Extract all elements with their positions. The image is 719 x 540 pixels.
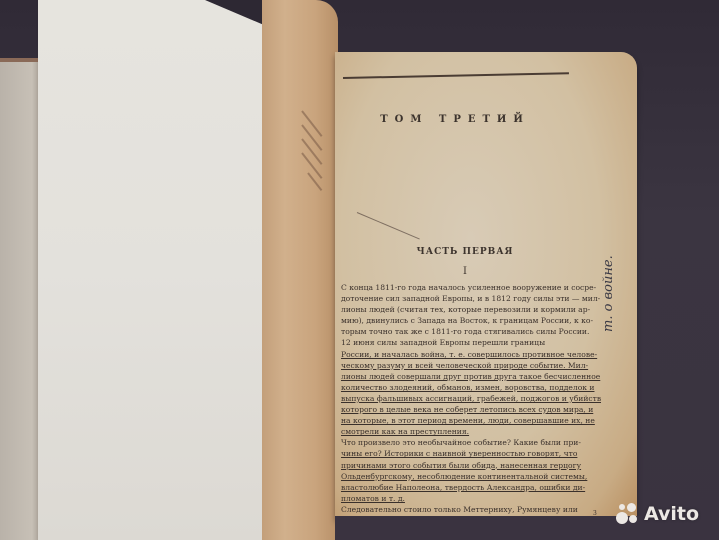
text-line: количество злодеяний, обманов, измен, во… [341,382,601,393]
avito-watermark: Avito [614,502,699,526]
blank-flyleaf [38,0,268,540]
pencil-scratch [357,212,420,239]
volume-title: ТОМ ТРЕТИЙ [335,114,575,125]
text-line: Что произвело это необычайное событие? К… [341,437,601,448]
text-line: Ольденбургскому, несоблюдение континента… [341,471,601,482]
endpaper-strip [262,0,338,540]
text-line: С конца 1811-го года началось усиленное … [341,282,601,293]
text-line: которого в целые века не соберет летопис… [341,404,601,415]
text-line: властолюбие Наполеона, твердость Алексан… [341,482,601,493]
text-line: доточение сил западной Европы, и в 1812 … [341,293,601,304]
top-rule [343,72,569,79]
text-line: выпуска фальшивых ассигнаций, грабежей, … [341,393,601,404]
text-line: ческому разуму и всей человеческой приро… [341,360,601,371]
text-line: лионы людей совершали друг против друга … [341,371,601,382]
chapter-number: I [335,266,595,277]
part-title: ЧАСТЬ ПЕРВАЯ [335,247,595,257]
body-text: С конца 1811-го года началось усиленное … [341,282,601,537]
avito-label: Avito [644,503,699,525]
handwritten-margin-note: т. о войне. [601,255,616,332]
text-line: мию), двинулись с Запада на Восток, к гр… [341,315,601,326]
avito-logo-icon [614,502,640,526]
text-line: пломатов и т. д. [341,493,601,504]
text-line: 12 июня силы западной Европы перешли гра… [341,337,601,348]
text-line: причинами этого события были обида, нане… [341,460,601,471]
grey-board [0,62,40,540]
text-line: смотрели как на преступления. [341,426,601,437]
text-line: лионы людей (считая тех, которые перевоз… [341,304,601,315]
text-line: торым точно так же с 1811-го года стягив… [341,326,601,337]
title-page: ТОМ ТРЕТИЙ ЧАСТЬ ПЕРВАЯ I С конца 1811-г… [335,52,637,518]
text-line: Следовательно стоило только Меттерниху, … [341,504,601,515]
text-line: чины его? Историки с наивной уверенность… [341,448,601,459]
book-photo: ТОМ ТРЕТИЙ ЧАСТЬ ПЕРВАЯ I С конца 1811-г… [0,0,719,540]
text-line: на которые, в этот период времени, люди,… [341,415,601,426]
text-line: России, и началась война, т. е. совершил… [341,349,601,360]
